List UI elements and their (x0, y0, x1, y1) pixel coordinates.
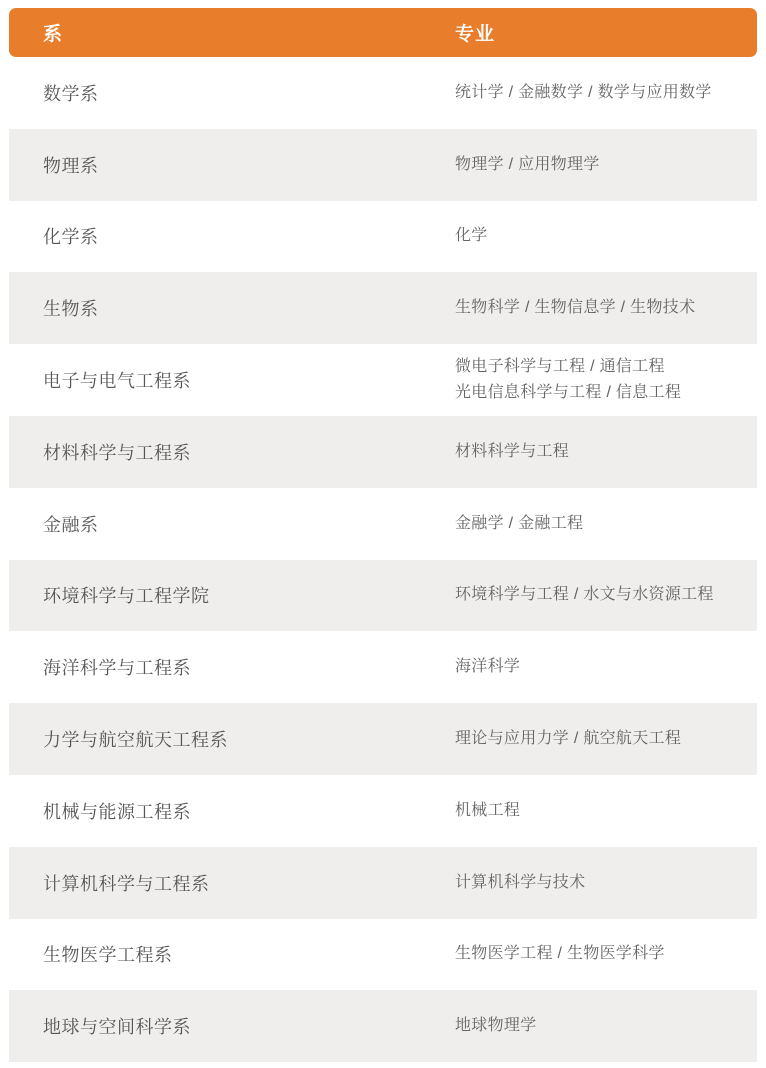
table-header-bar: 系 专业 (9, 8, 757, 57)
majors-cell: 机械工程 (455, 798, 757, 824)
department-name: 地球与空间科学系 (9, 1013, 455, 1039)
major-text: 生物科学 / 生物信息学 / 生物技术 (455, 295, 747, 321)
major-text: 微电子科学与工程 / 通信工程 (455, 354, 747, 380)
majors-cell: 物理学 / 应用物理学 (455, 152, 757, 178)
department-name: 海洋科学与工程系 (9, 654, 455, 680)
department-name: 生物医学工程系 (9, 941, 455, 967)
department-name: 机械与能源工程系 (9, 798, 455, 824)
major-text: 材料科学与工程 (455, 439, 747, 465)
table-row: 化学系 化学 (9, 201, 757, 273)
major-text: 物理学 / 应用物理学 (455, 152, 747, 178)
department-major-table: 系 专业 数学系 统计学 / 金融数学 / 数学与应用数学 物理系 物理学 / … (9, 8, 757, 1062)
department-name: 环境科学与工程学院 (9, 582, 455, 608)
major-text: 机械工程 (455, 798, 747, 824)
article-page: 系 专业 数学系 统计学 / 金融数学 / 数学与应用数学 物理系 物理学 / … (0, 0, 766, 1068)
department-name: 生物系 (9, 295, 455, 321)
table-row: 电子与电气工程系 微电子科学与工程 / 通信工程光电信息科学与工程 / 信息工程 (9, 344, 757, 416)
majors-cell: 微电子科学与工程 / 通信工程光电信息科学与工程 / 信息工程 (455, 354, 757, 406)
major-text: 光电信息科学与工程 / 信息工程 (455, 380, 747, 406)
department-name: 数学系 (9, 80, 455, 106)
table-row: 材料科学与工程系 材料科学与工程 (9, 416, 757, 488)
major-text: 统计学 / 金融数学 / 数学与应用数学 (455, 80, 747, 106)
table-body: 数学系 统计学 / 金融数学 / 数学与应用数学 物理系 物理学 / 应用物理学… (9, 57, 757, 1062)
table-row: 金融系 金融学 / 金融工程 (9, 488, 757, 560)
majors-cell: 计算机科学与技术 (455, 870, 757, 896)
majors-cell: 环境科学与工程 / 水文与水资源工程 (455, 582, 757, 608)
major-text: 计算机科学与技术 (455, 870, 747, 896)
table-row: 机械与能源工程系 机械工程 (9, 775, 757, 847)
major-text: 金融学 / 金融工程 (455, 511, 747, 537)
majors-cell: 生物科学 / 生物信息学 / 生物技术 (455, 295, 757, 321)
table-row: 环境科学与工程学院 环境科学与工程 / 水文与水资源工程 (9, 560, 757, 632)
majors-cell: 材料科学与工程 (455, 439, 757, 465)
major-text: 理论与应用力学 / 航空航天工程 (455, 726, 747, 752)
department-name: 化学系 (9, 223, 455, 249)
major-text: 地球物理学 (455, 1013, 747, 1039)
table-row: 数学系 统计学 / 金融数学 / 数学与应用数学 (9, 57, 757, 129)
majors-cell: 生物医学工程 / 生物医学科学 (455, 941, 757, 967)
department-name: 电子与电气工程系 (9, 367, 455, 393)
department-name: 计算机科学与工程系 (9, 870, 455, 896)
major-text: 环境科学与工程 / 水文与水资源工程 (455, 582, 747, 608)
department-name: 金融系 (9, 511, 455, 537)
department-name: 物理系 (9, 152, 455, 178)
table-row: 计算机科学与工程系 计算机科学与技术 (9, 847, 757, 919)
majors-cell: 统计学 / 金融数学 / 数学与应用数学 (455, 80, 757, 106)
department-name: 材料科学与工程系 (9, 439, 455, 465)
table-row: 生物系 生物科学 / 生物信息学 / 生物技术 (9, 272, 757, 344)
majors-cell: 化学 (455, 223, 757, 249)
table-row: 海洋科学与工程系 海洋科学 (9, 631, 757, 703)
table-row: 力学与航空航天工程系 理论与应用力学 / 航空航天工程 (9, 703, 757, 775)
major-text: 海洋科学 (455, 654, 747, 680)
major-text: 生物医学工程 / 生物医学科学 (455, 941, 747, 967)
table-row: 生物医学工程系 生物医学工程 / 生物医学科学 (9, 919, 757, 991)
majors-cell: 理论与应用力学 / 航空航天工程 (455, 726, 757, 752)
department-name: 力学与航空航天工程系 (9, 726, 455, 752)
major-text: 化学 (455, 223, 747, 249)
header-cell-department: 系 (9, 19, 455, 46)
header-cell-major: 专业 (455, 19, 757, 46)
majors-cell: 地球物理学 (455, 1013, 757, 1039)
table-row: 地球与空间科学系 地球物理学 (9, 990, 757, 1062)
majors-cell: 海洋科学 (455, 654, 757, 680)
majors-cell: 金融学 / 金融工程 (455, 511, 757, 537)
table-row: 物理系 物理学 / 应用物理学 (9, 129, 757, 201)
